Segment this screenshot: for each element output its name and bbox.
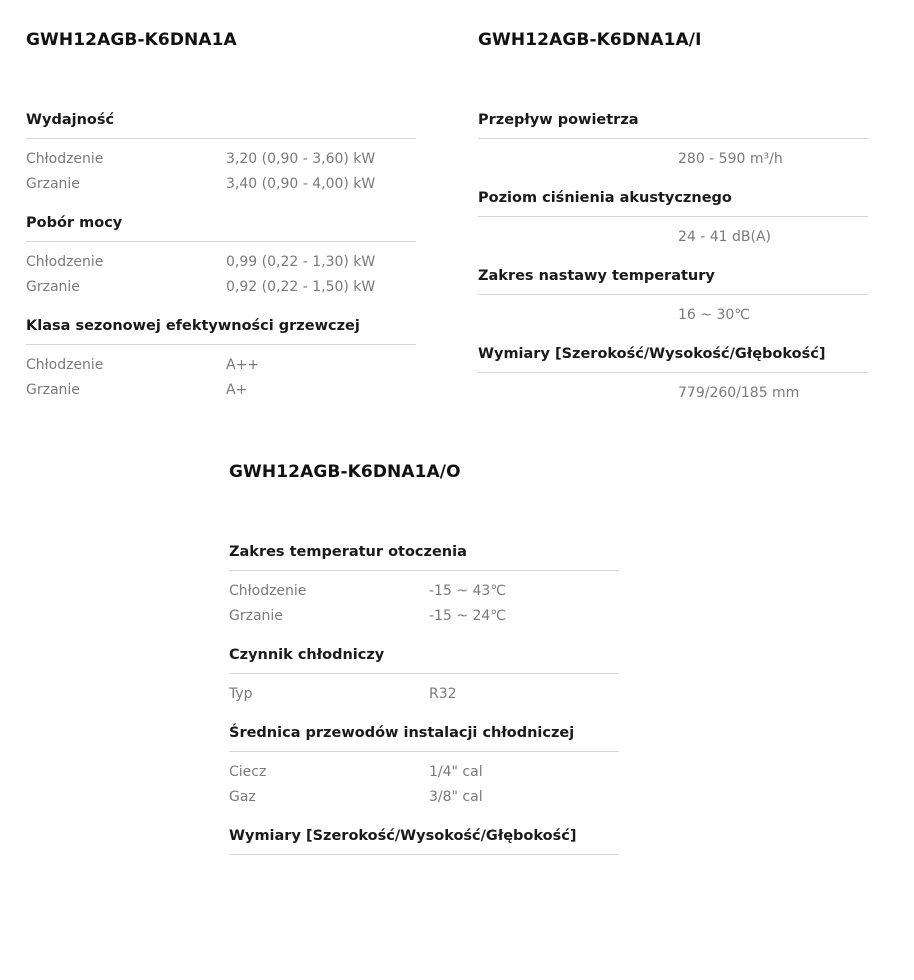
spec-label: Chłodzenie <box>26 147 226 172</box>
spec-value: A+ <box>226 378 416 403</box>
section-heading: Wymiary [Szerokość/Wysokość/Głębokość] <box>478 344 868 373</box>
spec-label: Ciecz <box>229 760 429 785</box>
spec-section-power: Pobór mocy Chłodzenie0,99 (0,22 - 1,30) … <box>26 213 416 300</box>
model-title: GWH12AGB-K6DNA1A/I <box>478 28 868 52</box>
spec-label: Grzanie <box>26 275 226 300</box>
spec-row: Chłodzenie3,20 (0,90 - 3,60) kW <box>26 147 416 172</box>
spec-label: Grzanie <box>26 172 226 197</box>
spec-value: 1/4" cal <box>429 760 619 785</box>
spec-row: Chłodzenie0,99 (0,22 - 1,30) kW <box>26 250 416 275</box>
spec-column-unit: GWH12AGB-K6DNA1A Wydajność Chłodzenie3,2… <box>26 28 416 419</box>
spec-value: 24 - 41 dB(A) <box>678 225 868 250</box>
spec-label <box>478 147 678 172</box>
spec-row: Gaz3/8" cal <box>229 785 619 810</box>
spec-row: Ciecz1/4" cal <box>229 760 619 785</box>
spec-label: Chłodzenie <box>26 353 226 378</box>
section-heading: Wydajność <box>26 110 416 139</box>
spec-row: Grzanie0,92 (0,22 - 1,50) kW <box>26 275 416 300</box>
spec-value: A++ <box>226 353 416 378</box>
spec-row: Grzanie3,40 (0,90 - 4,00) kW <box>26 172 416 197</box>
section-heading: Zakres nastawy temperatury <box>478 266 868 295</box>
section-heading: Pobór mocy <box>26 213 416 242</box>
model-title: GWH12AGB-K6DNA1A/O <box>229 460 619 484</box>
spec-value: -15 ~ 24℃ <box>429 604 619 629</box>
section-heading: Poziom ciśnienia akustycznego <box>478 188 868 217</box>
spec-section-temp-setting: Zakres nastawy temperatury 16 ~ 30℃ <box>478 266 868 328</box>
spec-label: Typ <box>229 682 429 707</box>
spec-section-noise: Poziom ciśnienia akustycznego 24 - 41 dB… <box>478 188 868 250</box>
spec-value: 3,20 (0,90 - 3,60) kW <box>226 147 416 172</box>
spec-section-dimensions: Wymiary [Szerokość/Wysokość/Głębokość] 7… <box>478 344 868 406</box>
spec-value: 3,40 (0,90 - 4,00) kW <box>226 172 416 197</box>
spec-label: Grzanie <box>26 378 226 403</box>
spec-section-refrigerant: Czynnik chłodniczy TypR32 <box>229 645 619 707</box>
spec-section-dimensions: Wymiary [Szerokość/Wysokość/Głębokość] <box>229 826 619 855</box>
spec-section-ambient-temp: Zakres temperatur otoczenia Chłodzenie-1… <box>229 542 619 629</box>
spec-row: 16 ~ 30℃ <box>478 303 868 328</box>
section-heading: Czynnik chłodniczy <box>229 645 619 674</box>
section-heading: Średnica przewodów instalacji chłodnicze… <box>229 723 619 752</box>
spec-row: GrzanieA+ <box>26 378 416 403</box>
spec-row: Grzanie-15 ~ 24℃ <box>229 604 619 629</box>
spec-section-capacity: Wydajność Chłodzenie3,20 (0,90 - 3,60) k… <box>26 110 416 197</box>
spec-label: Chłodzenie <box>26 250 226 275</box>
spec-row: ChłodzenieA++ <box>26 353 416 378</box>
spec-row: 24 - 41 dB(A) <box>478 225 868 250</box>
spec-value: R32 <box>429 682 619 707</box>
spec-column-indoor: GWH12AGB-K6DNA1A/I Przepływ powietrza 28… <box>478 28 868 422</box>
spec-label <box>478 381 678 406</box>
spec-value: -15 ~ 43℃ <box>429 579 619 604</box>
spec-label <box>478 225 678 250</box>
spec-label <box>478 303 678 328</box>
spec-row: Chłodzenie-15 ~ 43℃ <box>229 579 619 604</box>
section-heading: Wymiary [Szerokość/Wysokość/Głębokość] <box>229 826 619 855</box>
spec-row: 779/260/185 mm <box>478 381 868 406</box>
spec-label: Gaz <box>229 785 429 810</box>
spec-value: 779/260/185 mm <box>678 381 868 406</box>
spec-value: 16 ~ 30℃ <box>678 303 868 328</box>
spec-label: Grzanie <box>229 604 429 629</box>
spec-column-outdoor: GWH12AGB-K6DNA1A/O Zakres temperatur oto… <box>229 460 619 871</box>
spec-section-efficiency: Klasa sezonowej efektywności grzewczej C… <box>26 316 416 403</box>
section-heading: Klasa sezonowej efektywności grzewczej <box>26 316 416 345</box>
spec-section-airflow: Przepływ powietrza 280 - 590 m³/h <box>478 110 868 172</box>
model-title: GWH12AGB-K6DNA1A <box>26 28 416 52</box>
spec-row: TypR32 <box>229 682 619 707</box>
spec-row: 280 - 590 m³/h <box>478 147 868 172</box>
section-heading: Przepływ powietrza <box>478 110 868 139</box>
spec-value: 280 - 590 m³/h <box>678 147 868 172</box>
spec-label: Chłodzenie <box>229 579 429 604</box>
spec-value: 3/8" cal <box>429 785 619 810</box>
spec-value: 0,99 (0,22 - 1,30) kW <box>226 250 416 275</box>
spec-value: 0,92 (0,22 - 1,50) kW <box>226 275 416 300</box>
section-heading: Zakres temperatur otoczenia <box>229 542 619 571</box>
spec-section-pipe-diameter: Średnica przewodów instalacji chłodnicze… <box>229 723 619 810</box>
